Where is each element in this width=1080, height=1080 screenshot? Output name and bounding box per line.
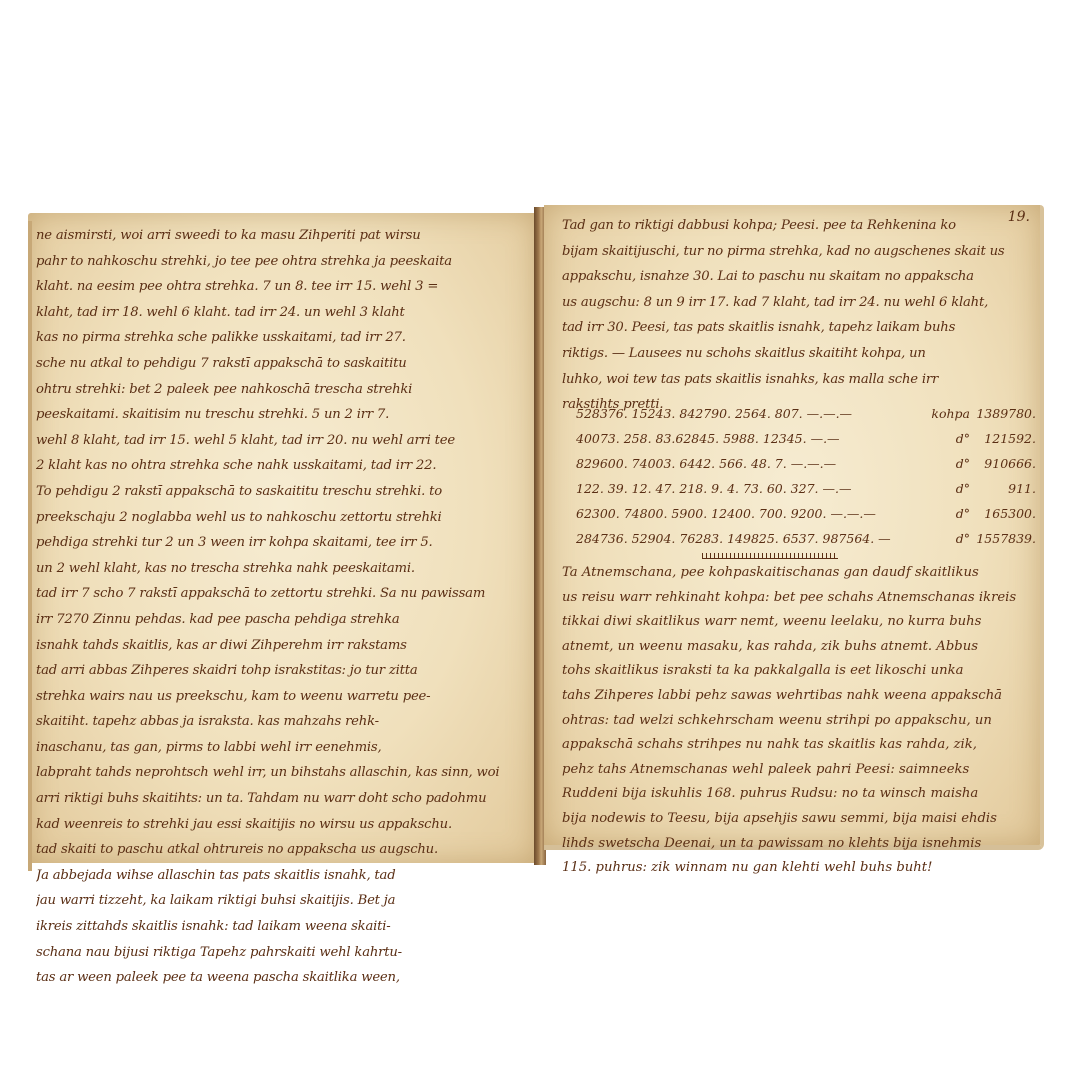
left-line: arri riktigi buhs skaitihts: un ta. Tahd…	[36, 786, 528, 812]
left-line: Ja abbejada wihse allaschin tas pats ska…	[36, 863, 528, 889]
ledger-total: 1557839.	[970, 526, 1036, 551]
ledger-total: 165300.	[970, 501, 1036, 526]
ledger-label: d°	[926, 476, 970, 501]
ledger-label: d°	[926, 526, 970, 551]
left-line: inaschanu, tas gan, pirms to labbi wehl …	[36, 735, 528, 761]
right-line: appakschu, isnahze 30. Lai to paschu nu …	[562, 264, 1010, 290]
ledger-label: d°	[926, 501, 970, 526]
ledger-numbers: 40073. 258. 83.62845. 5988. 12345. —.—	[576, 426, 926, 451]
ledger-numbers: 62300. 74800. 5900. 12400. 700. 9200. —.…	[576, 501, 926, 526]
left-line: klaht, tad irr 18. wehl 6 klaht. tad irr…	[36, 300, 528, 326]
right-line: Ruddeni bija iskuhlis 168. puhrus Rudsu:…	[562, 782, 1022, 807]
section-divider	[702, 553, 838, 559]
ledger-row: 284736. 52904. 76283. 149825. 6537. 9875…	[576, 526, 1036, 551]
left-line: wehl 8 klaht, tad irr 15. wehl 5 klaht, …	[36, 428, 528, 454]
right-line: luhko, woi tew tas pats skaitlis isnahks…	[562, 367, 1010, 393]
left-line: kad weenreis to strehki jau essi skaitij…	[36, 812, 528, 838]
left-page-text: ne aismirsti, woi arri sweedi to ka masu…	[36, 223, 528, 991]
ledger-numbers: 122. 39. 12. 47. 218. 9. 4. 73. 60. 327.…	[576, 476, 926, 501]
ledger-total: 1389780.	[970, 401, 1036, 426]
left-line: un 2 wehl klaht, kas no trescha strehka …	[36, 556, 528, 582]
left-line: peeskaitami. skaitisim nu treschu strehk…	[36, 402, 528, 428]
left-page-edge	[28, 221, 32, 871]
open-notebook: ne aismirsti, woi arri sweedi to ka masu…	[28, 205, 1050, 867]
right-page: 19. Tad gan to riktigi dabbusi kohpa; Pe…	[544, 205, 1044, 850]
right-line: us reisu warr rehkinaht kohpa: bet pee s…	[562, 586, 1022, 611]
left-line: To pehdigu 2 rakstī appakschā to saskait…	[36, 479, 528, 505]
left-line: preekschaju 2 noglabba wehl us to nahkos…	[36, 505, 528, 531]
left-line: pahr to nahkoschu strehki, jo tee pee oh…	[36, 249, 528, 275]
ledger-row: 122. 39. 12. 47. 218. 9. 4. 73. 60. 327.…	[576, 476, 1036, 501]
ledger-label: d°	[926, 426, 970, 451]
left-line: tas ar ween paleek pee ta weena pascha s…	[36, 965, 528, 991]
left-line: skaitiht. tapehz abbas ja israksta. kas …	[36, 709, 528, 735]
right-line: tohs skaitlikus israksti ta ka pakkalgal…	[562, 659, 1022, 684]
right-line: tahs Zihperes labbi pehz sawas wehrtibas…	[562, 684, 1022, 709]
right-line: ohtras: tad welzi schkehrscham weenu str…	[562, 709, 1022, 734]
left-line: klaht. na eesim pee ohtra strehka. 7 un …	[36, 274, 528, 300]
left-line: strehka wairs nau us preekschu, kam to w…	[36, 684, 528, 710]
right-line: riktigs. — Lausees nu schohs skaitlus sk…	[562, 341, 1010, 367]
ledger-numbers: 284736. 52904. 76283. 149825. 6537. 9875…	[576, 526, 926, 551]
left-line: tad irr 7 scho 7 rakstī appakschā to zet…	[36, 581, 528, 607]
left-page: ne aismirsti, woi arri sweedi to ka masu…	[28, 213, 536, 863]
ledger-row: 40073. 258. 83.62845. 5988. 12345. —.— d…	[576, 426, 1036, 451]
left-line: tad skaiti to paschu atkal ohtrureis no …	[36, 837, 528, 863]
right-line: 115. puhrus: zik winnam nu gan klehti we…	[562, 856, 1022, 881]
right-line: pehz tahs Atnemschanas wehl paleek pahri…	[562, 758, 1022, 783]
left-line: pehdiga strehki tur 2 un 3 ween irr kohp…	[36, 530, 528, 556]
right-line: tad irr 30. Peesi, tas pats skaitlis isn…	[562, 315, 1010, 341]
left-line: ohtru strehki: bet 2 paleek pee nahkosch…	[36, 377, 528, 403]
right-line: Ta Atnemschana, pee kohpaskaitischanas g…	[562, 561, 1022, 586]
addition-ledger: 528376. 15243. 842790. 2564. 807. —.—.— …	[576, 401, 1036, 551]
right-page-text-bottom: Ta Atnemschana, pee kohpaskaitischanas g…	[562, 561, 1022, 881]
ledger-numbers: 829600. 74003. 6442. 566. 48. 7. —.—.—	[576, 451, 926, 476]
ledger-row: 829600. 74003. 6442. 566. 48. 7. —.—.— d…	[576, 451, 1036, 476]
right-line: bijam skaitijuschi, tur no pirma strehka…	[562, 239, 1010, 265]
right-line: us augschu: 8 un 9 irr 17. kad 7 klaht, …	[562, 290, 1010, 316]
right-line: appakschā schahs strihpes nu nahk tas sk…	[562, 733, 1022, 758]
left-line: isnahk tahds skaitlis, kas ar diwi Zihpe…	[36, 633, 528, 659]
left-line: tad arri abbas Zihperes skaidri tohp isr…	[36, 658, 528, 684]
ledger-total: 121592.	[970, 426, 1036, 451]
left-line: schana nau bijusi riktiga Tapehz pahrska…	[36, 940, 528, 966]
page-number-right: 19.	[1008, 209, 1030, 225]
ledger-total: 910666.	[970, 451, 1036, 476]
left-line: jau warri tizzeht, ka laikam riktigi buh…	[36, 888, 528, 914]
left-line: 2 klaht kas no ohtra strehka sche nahk u…	[36, 453, 528, 479]
ledger-total: 911.	[970, 476, 1036, 501]
ledger-row: 528376. 15243. 842790. 2564. 807. —.—.— …	[576, 401, 1036, 426]
left-line: labpraht tahds neprohtsch wehl irr, un b…	[36, 760, 528, 786]
ledger-label: kohpa	[926, 401, 970, 426]
ledger-row: 62300. 74800. 5900. 12400. 700. 9200. —.…	[576, 501, 1036, 526]
left-line: kas no pirma strehka sche palikke usskai…	[36, 325, 528, 351]
right-line: Tad gan to riktigi dabbusi kohpa; Peesi.…	[562, 213, 1010, 239]
right-page-text-top: Tad gan to riktigi dabbusi kohpa; Peesi.…	[562, 213, 1010, 418]
ledger-label: d°	[926, 451, 970, 476]
left-line: ne aismirsti, woi arri sweedi to ka masu…	[36, 223, 528, 249]
left-line: irr 7270 Zinnu pehdas. kad pee pascha pe…	[36, 607, 528, 633]
right-line: atnemt, un weenu masaku, kas rahda, zik …	[562, 635, 1022, 660]
left-line: ikreis zittahds skaitlis isnahk: tad lai…	[36, 914, 528, 940]
right-line: tikkai diwi skaitlikus warr nemt, weenu …	[562, 610, 1022, 635]
right-line: lihds swetscha Deenai, un ta pawissam no…	[562, 832, 1022, 857]
ledger-numbers: 528376. 15243. 842790. 2564. 807. —.—.—	[576, 401, 926, 426]
right-line: bija nodewis to Teesu, bija apsehjis saw…	[562, 807, 1022, 832]
left-line: sche nu atkal to pehdigu 7 rakstī appaks…	[36, 351, 528, 377]
